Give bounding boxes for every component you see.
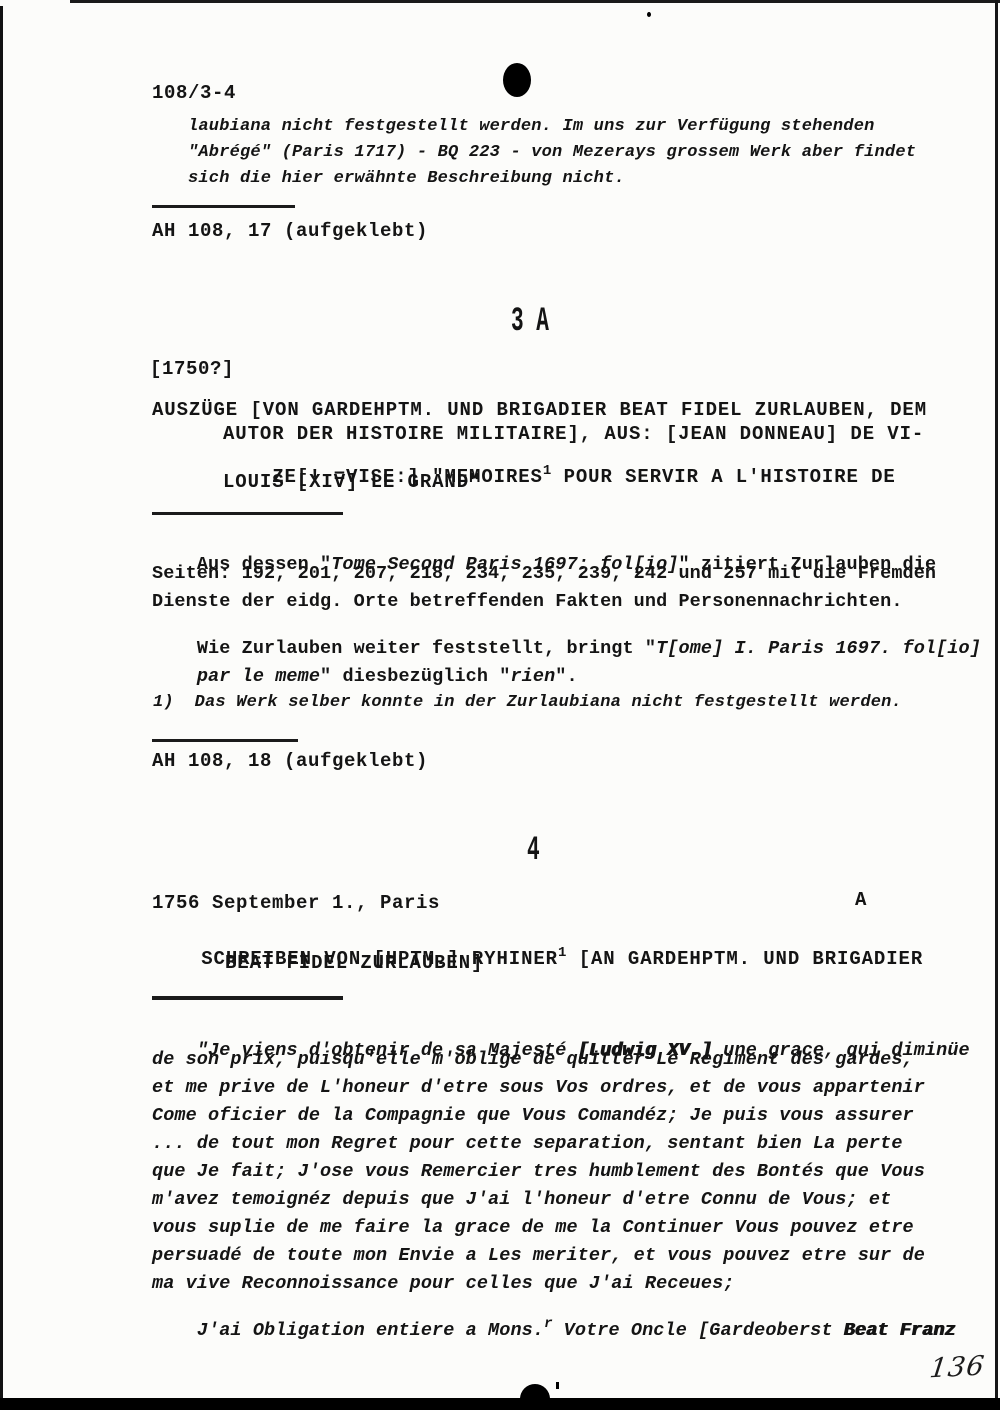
entry-4-date-place: 1756 September 1., Paris (152, 894, 440, 913)
entry-number-3a: 3 A (511, 305, 549, 339)
bold-segment: Beat Franz (844, 1320, 956, 1341)
quote-line: ma vive Reconnoissance pour celles que J… (152, 1275, 735, 1294)
footnote-marker: 1 (558, 945, 566, 961)
entry-3-title-line: AUSZÜGE [VON GARDEHPTM. UND BRIGADIER BE… (152, 401, 927, 420)
archive-reference-2: AH 108, 18 (aufgeklebt) (152, 752, 428, 771)
italic-segment: par le meme (197, 666, 320, 687)
title-segment: [AN GARDEHPTM. UND BRIGADIER (566, 948, 923, 970)
intro-line: sich die hier erwähnte Beschreibung nich… (188, 170, 625, 187)
text-segment: Votre Oncle [Gardeoberst (552, 1320, 843, 1341)
quote-line: ... de tout mon Regret pour cette separa… (152, 1135, 903, 1154)
italic-segment: T[ome] I. Paris 1697. fol[io] (656, 638, 981, 659)
separator-rule (152, 739, 298, 742)
text-segment: J'ai Obligation entiere a Mons. (197, 1320, 544, 1341)
quote-line: que Je fait; J'ose vous Remercier tres h… (152, 1163, 925, 1182)
superscript-r: r (544, 1316, 552, 1332)
entry-3-footnote: 1) Das Werk selber konnte in der Zurlaub… (153, 694, 902, 711)
title-segment: POUR SERVIR A L'HISTOIRE DE (551, 466, 895, 488)
text-segment: ". (555, 666, 577, 687)
entry-3-title-line: LOUIS [XIV] LE GRAND" (223, 473, 481, 492)
scan-edge-left (0, 6, 3, 1410)
italic-segment: rien (510, 666, 555, 687)
separator-rule (152, 512, 343, 515)
scanned-document-page: 108/3-4 laubiana nicht festgestellt werd… (0, 0, 1000, 1410)
separator-rule (152, 205, 295, 208)
ink-speck-bottom (556, 1382, 559, 1389)
quote-line: et me prive de L'honeur d'etre sous Vos … (152, 1079, 925, 1098)
entry-3-title-line: AUTOR DER HISTOIRE MILITAIRE], AUS: [JEA… (223, 425, 924, 444)
footnote-marker: 1 (543, 463, 551, 479)
punch-hole-dot-bottom (520, 1384, 550, 1399)
scan-edge-top (70, 0, 1000, 3)
quote-line: J'ai Obligation entiere a Mons.r Votre O… (152, 1303, 956, 1359)
doc-number: 108/3-4 (152, 84, 236, 103)
entry-3-body-line: Seiten: 192, 201, 207, 218, 234, 235, 23… (152, 565, 936, 584)
entry-4-classification-letter: A (855, 891, 867, 910)
quote-line: vous suplie de me faire la grace de me l… (152, 1219, 914, 1238)
quote-line: persuadé de toute mon Envie a Les merite… (152, 1247, 925, 1266)
scan-edge-right (995, 0, 998, 1400)
handwritten-page-number: 136 (928, 1351, 987, 1385)
quote-line: m'avez temoignéz depuis que J'ai l'honeu… (152, 1191, 891, 1210)
text-segment: " diesbezüglich " (320, 666, 510, 687)
entry-3-body-line: Dienste der eidg. Orte betreffenden Fakt… (152, 593, 903, 612)
ink-speck-top (647, 12, 651, 17)
punch-hole-dot-top (503, 63, 531, 97)
quote-line: de son prix, puisqu'elle m'oblige de qui… (152, 1051, 914, 1070)
separator-rule (152, 996, 343, 1000)
intro-line: "Abrégé" (Paris 1717) - BQ 223 - von Mez… (188, 144, 916, 161)
entry-4-title-line: BEAT FIDEL ZURLAUBEN] (225, 954, 483, 973)
intro-line: laubiana nicht festgestellt werden. Im u… (188, 118, 875, 135)
entry-number-4: 4 (527, 834, 540, 868)
archive-reference-1: AH 108, 17 (aufgeklebt) (152, 222, 428, 241)
scan-edge-bottom-bar (0, 1398, 1000, 1410)
quote-line: Come oficier de la Compagnie que Vous Co… (152, 1107, 914, 1126)
entry-3-date: [1750?] (150, 360, 234, 379)
